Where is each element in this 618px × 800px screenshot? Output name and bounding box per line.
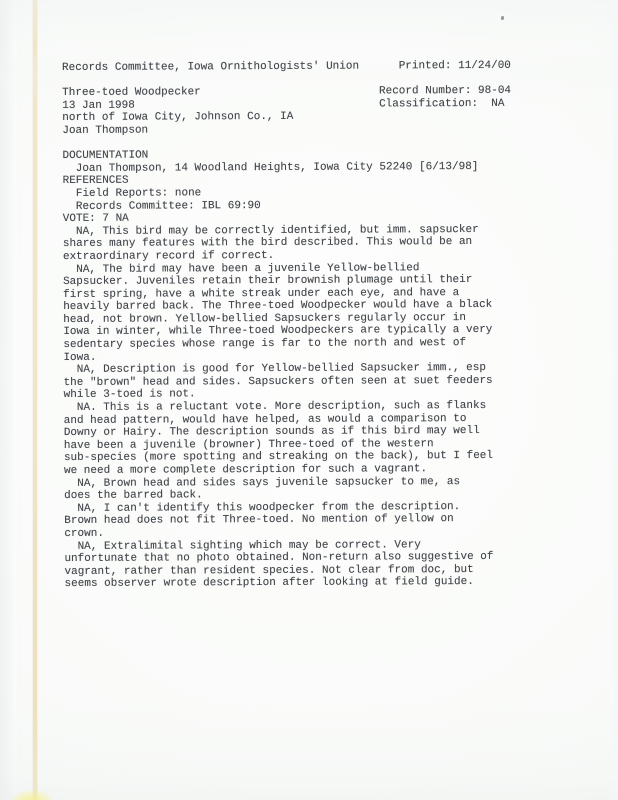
document-line: sedentary species whose range is far to … [63, 337, 533, 352]
document-text: Records Committee, Iowa Ornithologists' … [62, 60, 535, 591]
binding-line [33, 0, 37, 800]
document-line: Records Committee, Iowa Ornithologists' … [62, 60, 532, 75]
document-line: shares many features with the bird descr… [63, 236, 533, 251]
scanned-document-page: Records Committee, Iowa Ornithologists' … [0, 0, 618, 800]
dust-speck [501, 16, 504, 20]
document-line: seems observer wrote description after l… [65, 576, 535, 591]
document-line: Sapsucker. Juveniles retain their browni… [63, 274, 533, 289]
bottom-left-stain [10, 790, 54, 800]
document-line: Downy or Hairy. The description sounds a… [64, 425, 534, 440]
scan-right-edge [610, 0, 618, 800]
scan-margin-streak [14, 0, 17, 800]
document-line: sub-species (more spotting and streaking… [64, 450, 534, 465]
